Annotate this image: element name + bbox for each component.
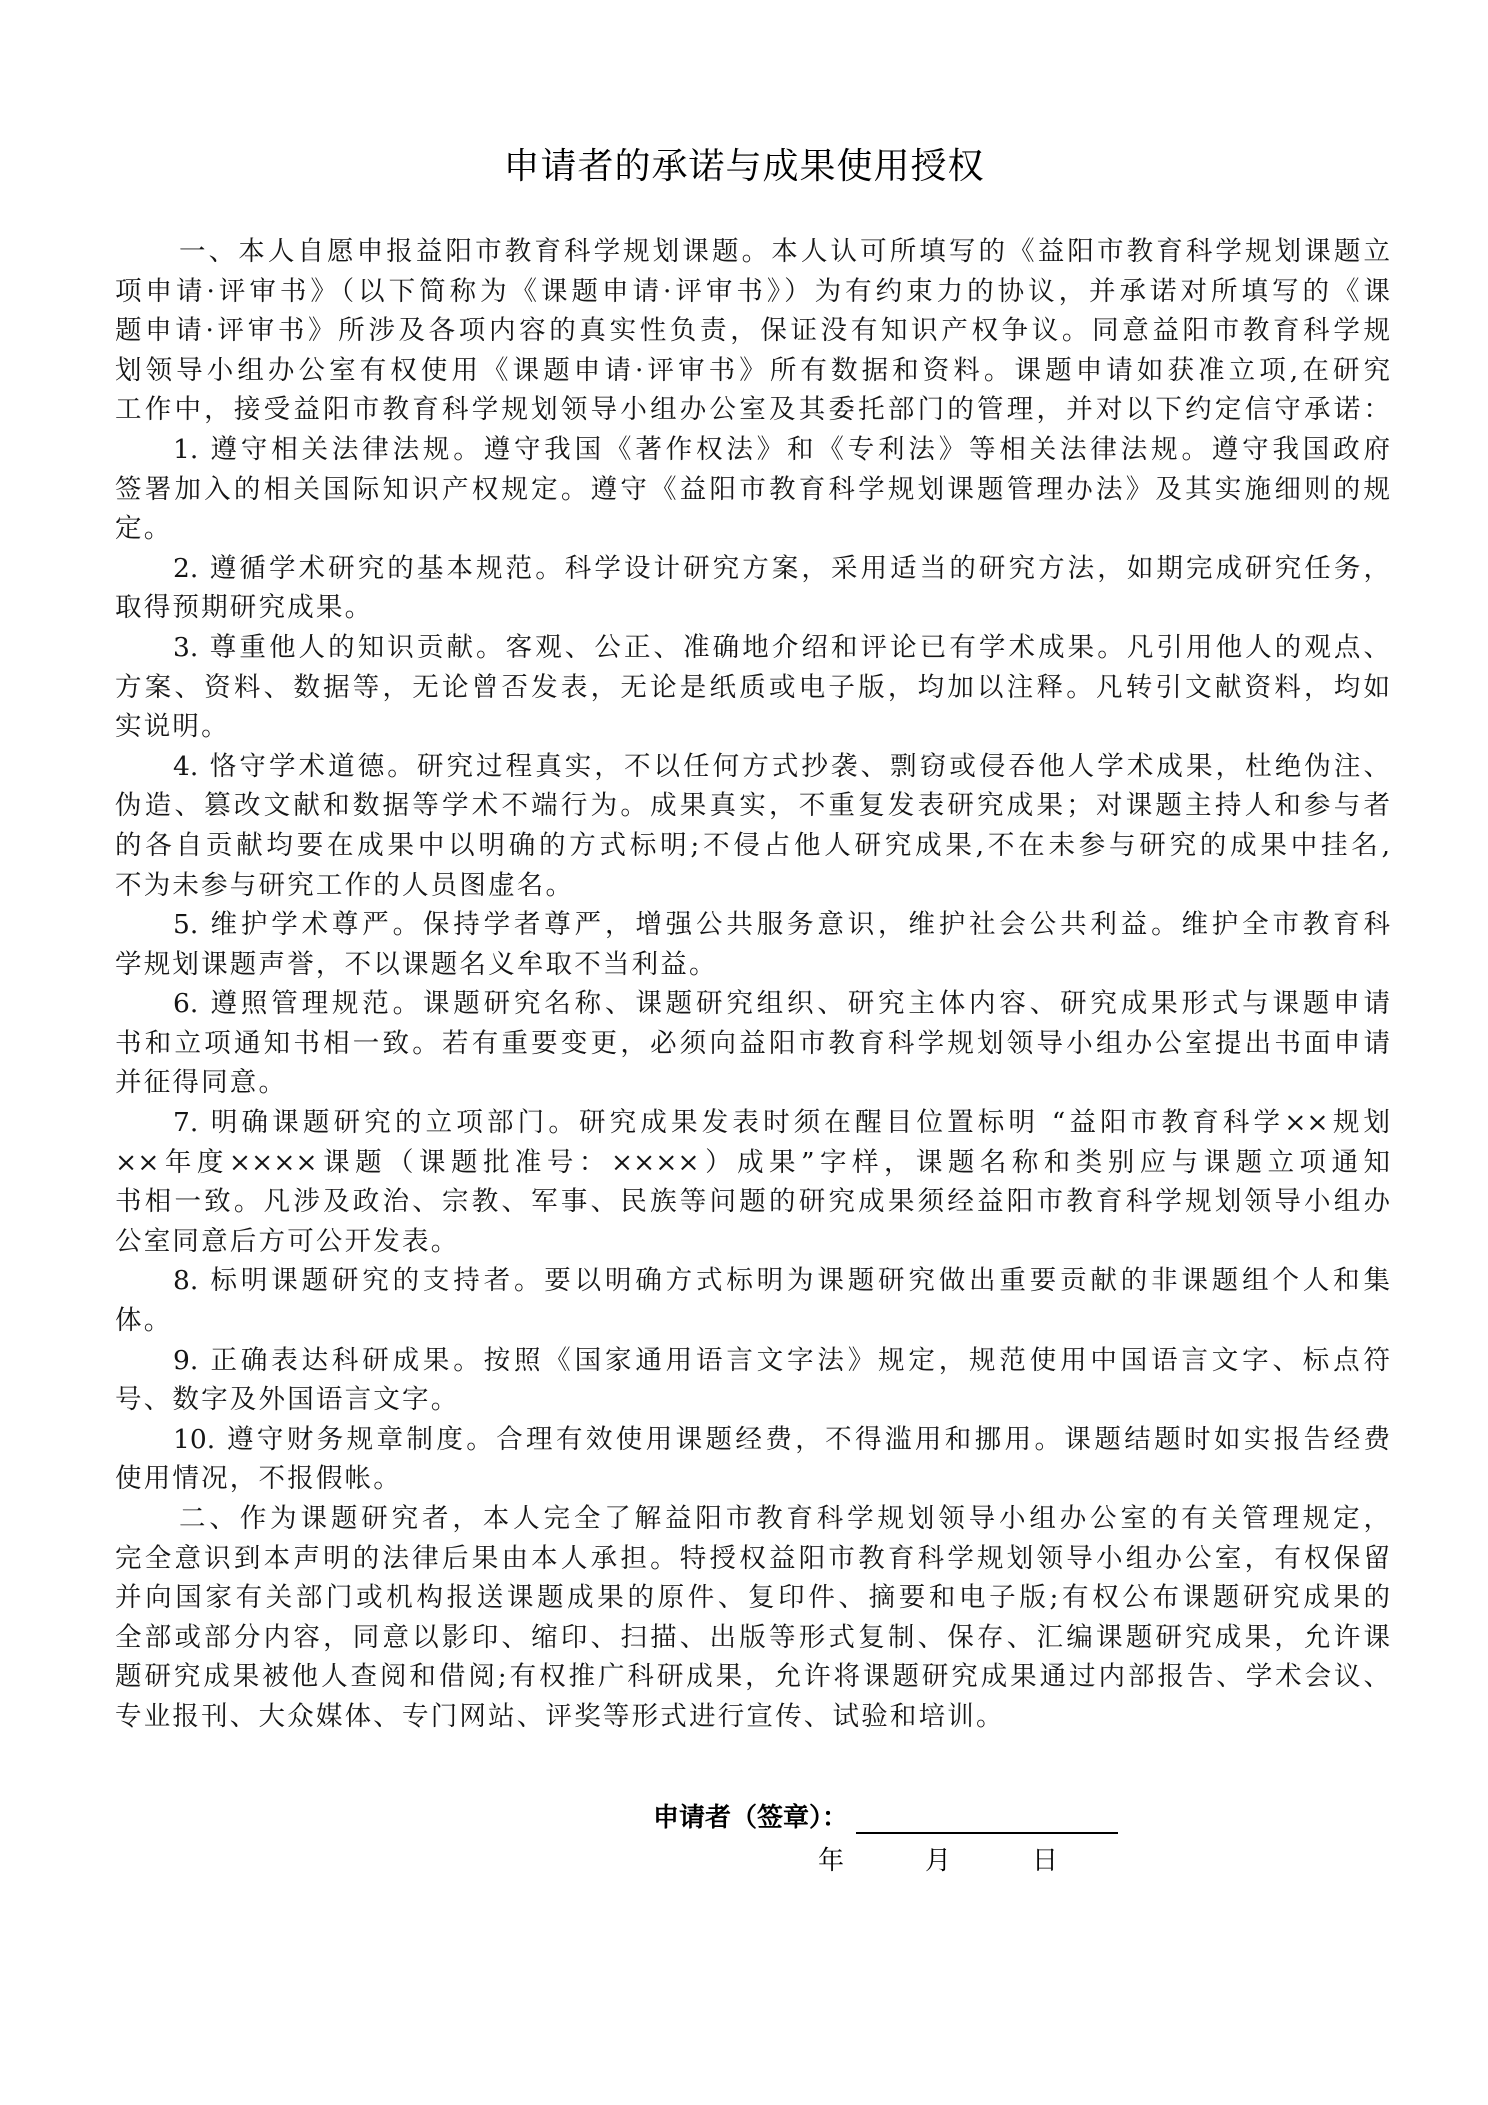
text-line: 专业报刊、大众媒体、专门网站、评奖等形式进行宣传、试验和培训。 <box>115 1697 1390 1737</box>
text-line: 1. 遵守相关法律法规。遵守我国《著作权法》和《专利法》等相关法律法规。遵守我国… <box>115 430 1390 470</box>
paragraph-item-2: 2. 遵循学术研究的基本规范。科学设计研究方案，采用适当的研究方法，如期完成研究… <box>115 549 1390 628</box>
paragraph-section-2: 二、作为课题研究者，本人完全了解益阳市教育科学规划领导小组办公室的有关管理规定，… <box>115 1499 1390 1737</box>
paragraph-item-6: 6. 遵照管理规范。课题研究名称、课题研究组织、研究主体内容、研究成果形式与课题… <box>115 984 1390 1103</box>
text-line: 并征得同意。 <box>115 1063 1390 1103</box>
text-line: 3. 尊重他人的知识贡献。客观、公正、准确地介绍和评论已有学术成果。凡引用他人的… <box>115 628 1390 668</box>
paragraph-section-1-intro: 一、本人自愿申报益阳市教育科学规划课题。本人认可所填写的《益阳市教育科学规划课题… <box>115 232 1390 430</box>
text-line: 公室同意后方可公开发表。 <box>115 1222 1390 1262</box>
signature-field[interactable] <box>856 1802 1118 1834</box>
text-line: 一、本人自愿申报益阳市教育科学规划课题。本人认可所填写的《益阳市教育科学规划课题… <box>115 232 1390 272</box>
text-line: 书和立项通知书相一致。若有重要变更，必须向益阳市教育科学规划领导小组办公室提出书… <box>115 1024 1390 1064</box>
text-line: 签署加入的相关国际知识产权规定。遵守《益阳市教育科学规划课题管理办法》及其实施细… <box>115 470 1390 510</box>
text-line: 号、数字及外国语言文字。 <box>115 1380 1390 1420</box>
text-line: 划领导小组办公室有权使用《课题申请·评审书》所有数据和资料。课题申请如获准立项,… <box>115 351 1390 391</box>
signature-label: 申请者（签章）： <box>653 1797 848 1834</box>
paragraph-item-1: 1. 遵守相关法律法规。遵守我国《著作权法》和《专利法》等相关法律法规。遵守我国… <box>115 430 1390 549</box>
text-line: 工作中，接受益阳市教育科学规划领导小组办公室及其委托部门的管理，并对以下约定信守… <box>115 390 1390 430</box>
paragraph-item-4: 4. 恪守学术道德。研究过程真实，不以任何方式抄袭、剽窃或侵吞他人学术成果，杜绝… <box>115 747 1390 905</box>
signature-block: 申请者（签章）： <box>653 1797 1118 1834</box>
paragraph-item-3: 3. 尊重他人的知识贡献。客观、公正、准确地介绍和评论已有学术成果。凡引用他人的… <box>115 628 1390 747</box>
text-line: 题研究成果被他人查阅和借阅;有权推广科研成果，允许将课题研究成果通过内部报告、学… <box>115 1657 1390 1697</box>
text-line: 10. 遵守财务规章制度。合理有效使用课题经费，不得滥用和挪用。课题结题时如实报… <box>115 1420 1390 1460</box>
text-line: 伪造、篡改文献和数据等学术不端行为。成果真实，不重复发表研究成果；对课题主持人和… <box>115 786 1390 826</box>
document-page: 申请者的承诺与成果使用授权 一、本人自愿申报益阳市教育科学规划课题。本人认可所填… <box>0 0 1488 2105</box>
text-line: 实说明。 <box>115 707 1390 747</box>
text-line: 使用情况，不报假帐。 <box>115 1459 1390 1499</box>
text-line: 5. 维护学术尊严。保持学者尊严，增强公共服务意识，维护社会公共利益。维护全市教… <box>115 905 1390 945</box>
text-line: 的各自贡献均要在成果中以明确的方式标明;不侵占他人研究成果,不在未参与研究的成果… <box>115 826 1390 866</box>
text-line: 题申请·评审书》所涉及各项内容的真实性负责，保证没有知识产权争议。同意益阳市教育… <box>115 311 1390 351</box>
document-body: 一、本人自愿申报益阳市教育科学规划课题。本人认可所填写的《益阳市教育科学规划课题… <box>115 232 1390 1737</box>
paragraph-item-7: 7. 明确课题研究的立项部门。研究成果发表时须在醒目位置标明 “益阳市教育科学×… <box>115 1103 1390 1261</box>
paragraph-item-9: 9. 正确表达科研成果。按照《国家通用语言文字法》规定，规范使用中国语言文字、标… <box>115 1341 1390 1420</box>
text-line: 9. 正确表达科研成果。按照《国家通用语言文字法》规定，规范使用中国语言文字、标… <box>115 1341 1390 1381</box>
text-line: 不为未参与研究工作的人员图虚名。 <box>115 866 1390 906</box>
date-day-label: 日 <box>1032 1840 1058 1877</box>
text-line: 全部或部分内容，同意以影印、缩印、扫描、出版等形式复制、保存、汇编课题研究成果，… <box>115 1618 1390 1658</box>
text-line: 二、作为课题研究者，本人完全了解益阳市教育科学规划领导小组办公室的有关管理规定， <box>115 1499 1390 1539</box>
text-line: 体。 <box>115 1301 1390 1341</box>
text-line: ××年度××××课题（课题批准号：××××）成果”字样，课题名称和类别应与课题立… <box>115 1143 1390 1183</box>
text-line: 6. 遵照管理规范。课题研究名称、课题研究组织、研究主体内容、研究成果形式与课题… <box>115 984 1390 1024</box>
text-line: 书相一致。凡涉及政治、宗教、军事、民族等问题的研究成果须经益阳市教育科学规划领导… <box>115 1182 1390 1222</box>
text-line: 4. 恪守学术道德。研究过程真实，不以任何方式抄袭、剽窃或侵吞他人学术成果，杜绝… <box>115 747 1390 787</box>
date-month-label: 月 <box>925 1840 951 1877</box>
paragraph-item-8: 8. 标明课题研究的支持者。要以明确方式标明为课题研究做出重要贡献的非课题组个人… <box>115 1261 1390 1340</box>
text-line: 并向国家有关部门或机构报送课题成果的原件、复印件、摘要和电子版;有权公布课题研究… <box>115 1578 1390 1618</box>
text-line: 学规划课题声誉，不以课题名义牟取不当利益。 <box>115 945 1390 985</box>
text-line: 7. 明确课题研究的立项部门。研究成果发表时须在醒目位置标明 “益阳市教育科学×… <box>115 1103 1390 1143</box>
paragraph-item-5: 5. 维护学术尊严。保持学者尊严，增强公共服务意识，维护社会公共利益。维护全市教… <box>115 905 1390 984</box>
text-line: 2. 遵循学术研究的基本规范。科学设计研究方案，采用适当的研究方法，如期完成研究… <box>115 549 1390 589</box>
text-line: 项申请·评审书》（以下简称为《课题申请·评审书》）为有约束力的协议，并承诺对所填… <box>115 272 1390 312</box>
text-line: 定。 <box>115 509 1390 549</box>
text-line: 完全意识到本声明的法律后果由本人承担。特授权益阳市教育科学规划领导小组办公室，有… <box>115 1539 1390 1579</box>
document-title: 申请者的承诺与成果使用授权 <box>0 138 1488 189</box>
text-line: 方案、资料、数据等，无论曾否发表，无论是纸质或电子版，均加以注释。凡转引文献资料… <box>115 668 1390 708</box>
date-year-label: 年 <box>818 1840 844 1877</box>
text-line: 取得预期研究成果。 <box>115 588 1390 628</box>
paragraph-item-10: 10. 遵守财务规章制度。合理有效使用课题经费，不得滥用和挪用。课题结题时如实报… <box>115 1420 1390 1499</box>
text-line: 8. 标明课题研究的支持者。要以明确方式标明为课题研究做出重要贡献的非课题组个人… <box>115 1261 1390 1301</box>
